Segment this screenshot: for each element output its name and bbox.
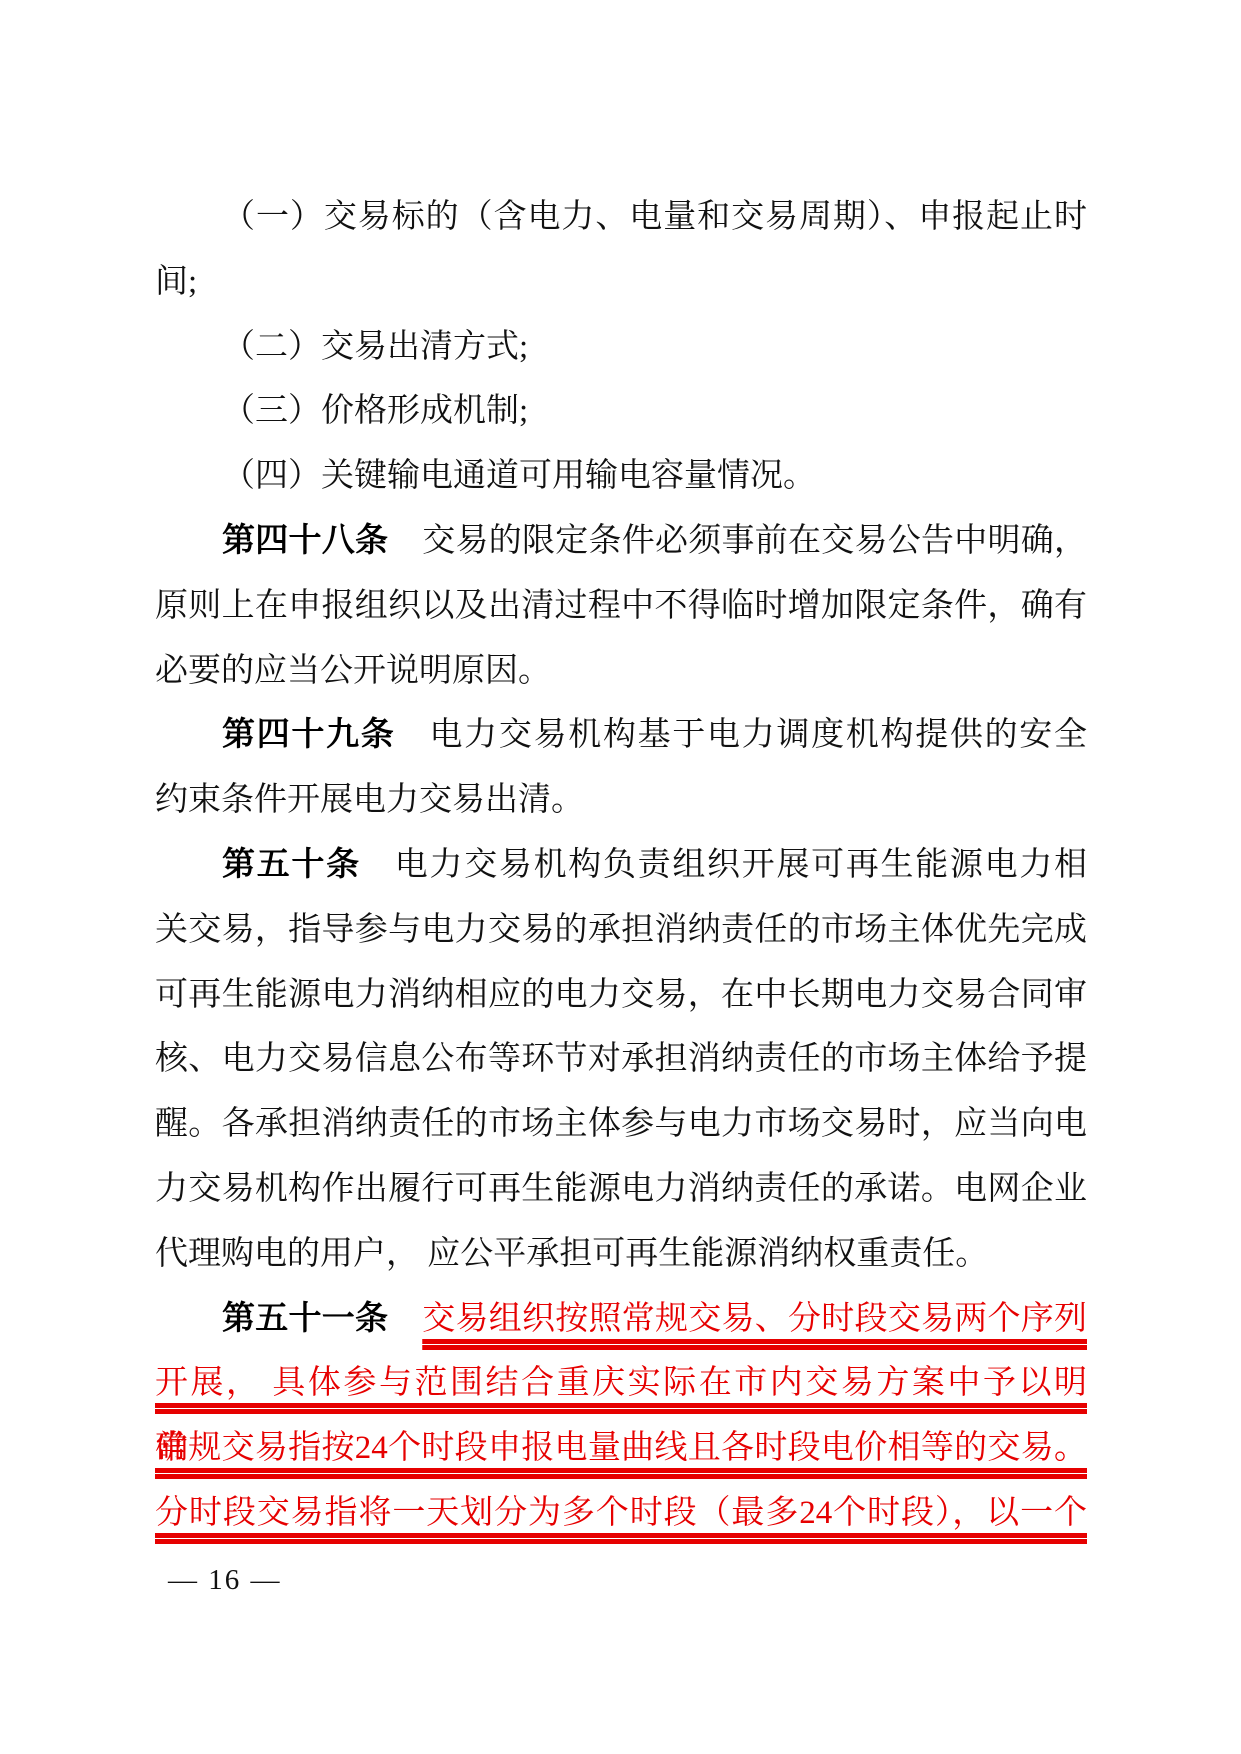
line-text: 间;: [155, 264, 197, 300]
line-text: 原则上在申报组织以及出清过程中不得临时增加限定条件，确有: [155, 588, 1087, 624]
doc-line-article-48-end: 必要的应当公开说明原因。: [155, 639, 1087, 704]
line-text: 交易的限定条件必须事前在交易公告中明确，: [422, 523, 1087, 559]
highlighted-red-text: 分时段交易指将一天划分为多个时段（最多24个时段），以一个: [155, 1495, 1087, 1531]
line-text: 代理购电的用户， 应公平承担可再生能源消纳权重责任。: [155, 1236, 988, 1272]
doc-line-article-49: 第四十九条电力交易机构基于电力调度机构提供的安全: [155, 703, 1087, 768]
highlighted-red-text: 常规交易指按24个时段申报电量曲线且各时段电价相等的交易。: [155, 1430, 1087, 1466]
line-text: 关交易，指导参与电力交易的承担消纳责任的市场主体优先完成: [155, 912, 1087, 948]
page-footer: — 16 —: [168, 1563, 282, 1597]
document-page: （一）交易标的（含电力、电量和交易周期）、申报起止时 间; （二）交易出清方式;…: [0, 0, 1241, 1754]
page-number: — 16 —: [168, 1564, 282, 1596]
doc-line-article-50: 第五十条电力交易机构负责组织开展可再生能源电力相: [155, 833, 1087, 898]
doc-line-article-48: 第四十八条交易的限定条件必须事前在交易公告中明确，: [155, 509, 1087, 574]
line-text: 约束条件开展电力交易出清。: [155, 782, 584, 818]
line-text: 电力交易机构负责组织开展可再生能源电力相: [395, 847, 1087, 883]
line-text: （二）交易出清方式;: [222, 329, 528, 365]
doc-line-item-1-cont: 间;: [155, 250, 1087, 315]
doc-line-article-51-cont: 分时段交易指将一天划分为多个时段（最多24个时段），以一个: [155, 1481, 1087, 1546]
doc-line-article-50-end: 代理购电的用户， 应公平承担可再生能源消纳权重责任。: [155, 1222, 1087, 1287]
article-number: 第四十九条: [222, 717, 395, 753]
doc-line-article-49-end: 约束条件开展电力交易出清。: [155, 768, 1087, 833]
line-text: （一）交易标的（含电力、电量和交易周期）、申报起止时: [222, 199, 1087, 235]
doc-line-item-3: （三）价格形成机制;: [155, 379, 1087, 444]
document-body: （一）交易标的（含电力、电量和交易周期）、申报起止时 间; （二）交易出清方式;…: [155, 185, 1087, 1546]
article-number: 第四十八条: [222, 523, 388, 559]
doc-line-article-51: 第五十一条交易组织按照常规交易、分时段交易两个序列: [155, 1287, 1087, 1352]
article-number: 第五十一条: [222, 1301, 388, 1337]
line-text: 力交易机构作出履行可再生能源电力消纳责任的承诺。电网企业: [155, 1171, 1087, 1207]
line-text: 必要的应当公开说明原因。: [155, 653, 551, 689]
doc-line-article-50-cont: 醒。各承担消纳责任的市场主体参与电力市场交易时，应当向电: [155, 1092, 1087, 1157]
doc-line-item-1: （一）交易标的（含电力、电量和交易周期）、申报起止时: [155, 185, 1087, 250]
doc-line-item-2: （二）交易出清方式;: [155, 315, 1087, 380]
line-text: 电力交易机构基于电力调度机构提供的安全: [429, 717, 1087, 753]
article-number: 第五十条: [222, 847, 361, 883]
doc-line-article-51-cont: 常规交易指按24个时段申报电量曲线且各时段电价相等的交易。: [155, 1416, 1087, 1481]
line-text: （四）关键输电通道可用输电容量情况。: [222, 458, 816, 494]
line-text: 可再生能源电力消纳相应的电力交易，在中长期电力交易合同审: [155, 977, 1087, 1013]
line-text: （三）价格形成机制;: [222, 393, 528, 429]
line-text: 醒。各承担消纳责任的市场主体参与电力市场交易时，应当向电: [155, 1106, 1087, 1142]
line-text: 核、电力交易信息公布等环节对承担消纳责任的市场主体给予提: [155, 1041, 1087, 1077]
doc-line-article-51-cont: 开展， 具体参与范围结合重庆实际在市内交易方案中予以明确。: [155, 1351, 1087, 1416]
doc-line-article-48-cont: 原则上在申报组织以及出清过程中不得临时增加限定条件，确有: [155, 574, 1087, 639]
highlighted-red-text: 交易组织按照常规交易、分时段交易两个序列: [422, 1301, 1087, 1337]
doc-line-article-50-cont: 关交易，指导参与电力交易的承担消纳责任的市场主体优先完成: [155, 898, 1087, 963]
doc-line-article-50-cont: 核、电力交易信息公布等环节对承担消纳责任的市场主体给予提: [155, 1027, 1087, 1092]
doc-line-article-50-cont: 可再生能源电力消纳相应的电力交易，在中长期电力交易合同审: [155, 963, 1087, 1028]
doc-line-article-50-cont: 力交易机构作出履行可再生能源电力消纳责任的承诺。电网企业: [155, 1157, 1087, 1222]
doc-line-item-4: （四）关键输电通道可用输电容量情况。: [155, 444, 1087, 509]
